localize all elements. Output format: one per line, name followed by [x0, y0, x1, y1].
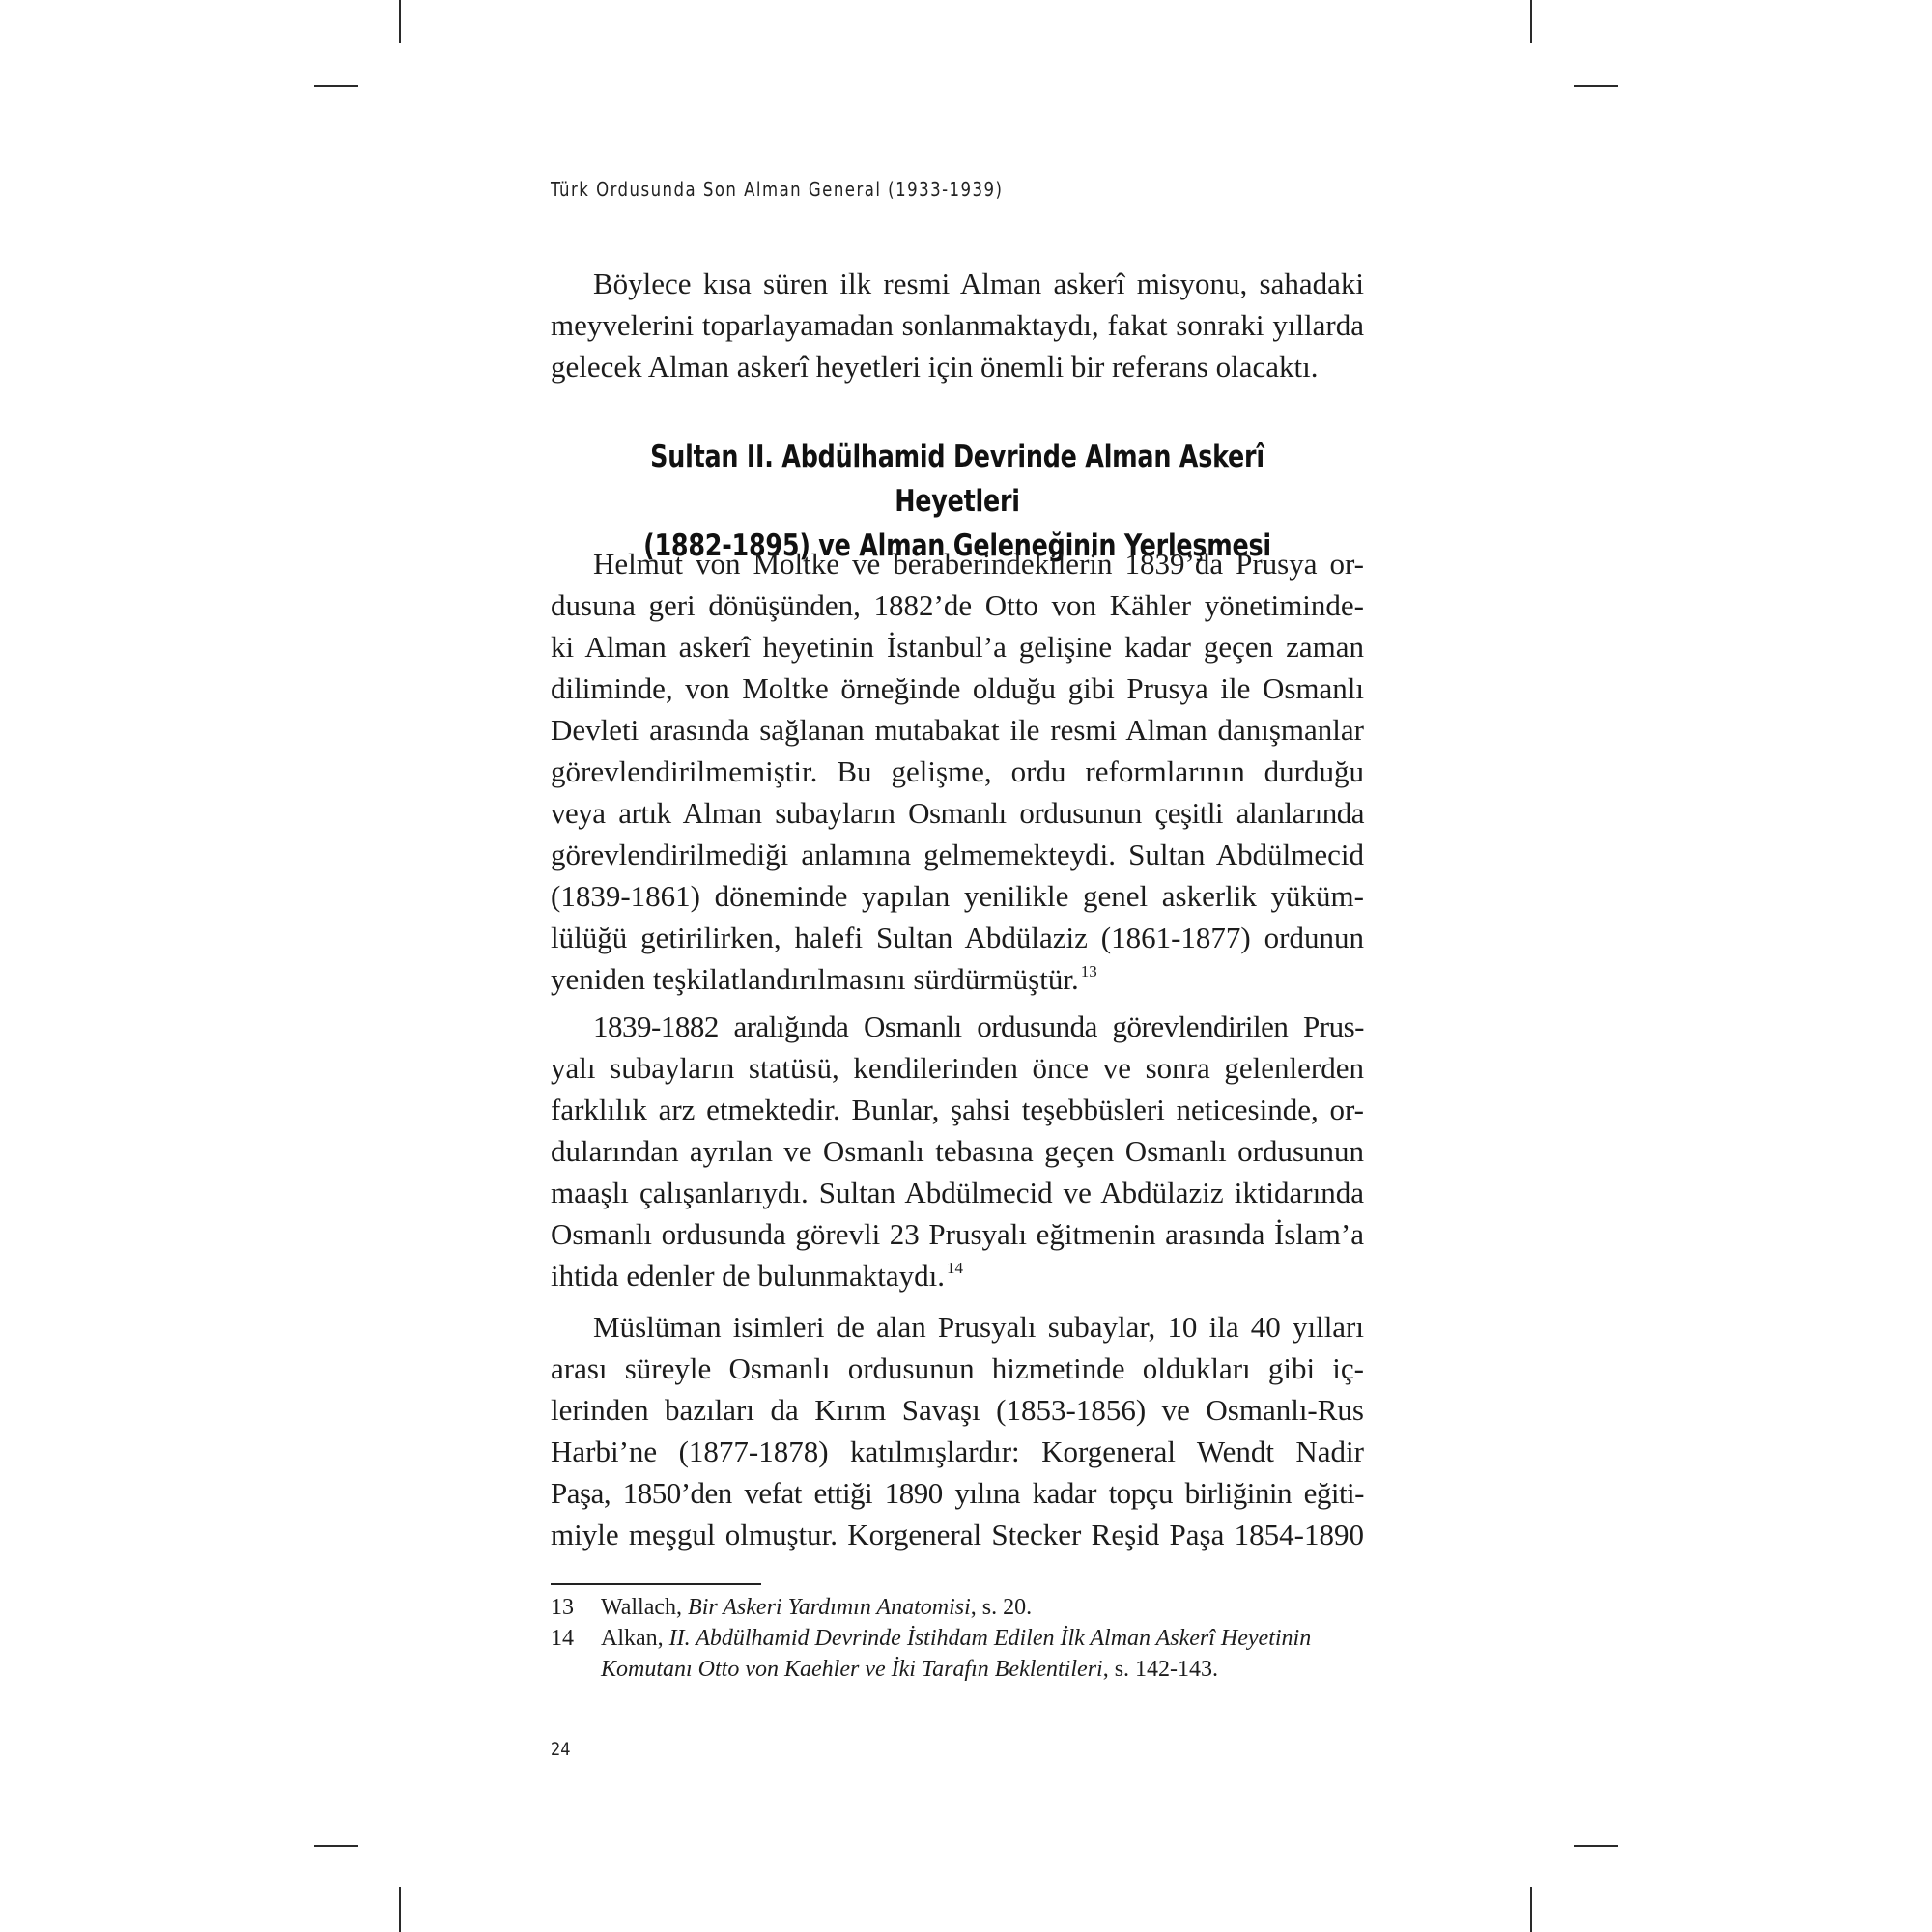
- text-line: meyvelerini toparlayamadan sonlanmaktayd…: [551, 304, 1364, 346]
- section-heading-line-1: Sultan II. Abdülhamid Devrinde Alman Ask…: [624, 435, 1291, 524]
- footnote-text: Komutanı Otto von Kaehler ve İki Tarafın…: [551, 1654, 1364, 1685]
- crop-mark-bottom-right-horizontal: [1574, 1845, 1618, 1847]
- text-line: Paşa, 1850’den vefat ettiği 1890 yılına …: [551, 1472, 1364, 1514]
- text-line: Böylece kısa süren ilk resmi Alman asker…: [551, 263, 1364, 304]
- footnote-author: Wallach,: [601, 1595, 688, 1620]
- text-line: diliminde, von Moltke örneğinde olduğu g…: [551, 668, 1364, 709]
- footnote-number: 14: [551, 1623, 601, 1654]
- crop-mark-top-left-vertical: [399, 0, 401, 43]
- footnote-title: II. Abdülhamid Devrinde İstihdam Edilen …: [669, 1626, 1312, 1651]
- text-line: Devleti arasında sağlanan mutabakat ile …: [551, 709, 1364, 751]
- footnote-ref-14[interactable]: 14: [947, 1259, 963, 1277]
- footnote-pages: , s. 142-143.: [1103, 1657, 1218, 1682]
- footnote-author: Alkan,: [601, 1626, 669, 1651]
- footnote-text: Alkan, II. Abdülhamid Devrinde İstihdam …: [601, 1623, 1364, 1654]
- text-line: lülüğü getirilirken, halefi Sultan Abdül…: [551, 917, 1364, 958]
- footnote-separator: [551, 1583, 761, 1585]
- footnote-text: Wallach, Bir Askeri Yardımın Anatomisi, …: [601, 1592, 1364, 1623]
- text-line: yalı subayların statüsü, kendilerinden ö…: [551, 1047, 1364, 1089]
- footnote-pages: , s. 20.: [971, 1595, 1032, 1620]
- footnote-13: 13 Wallach, Bir Askeri Yardımın Anatomis…: [551, 1592, 1364, 1623]
- page-number: 24: [551, 1739, 571, 1760]
- text-line: (1839-1861) döneminde yapılan yenilikle …: [551, 875, 1364, 917]
- crop-mark-top-right-vertical: [1530, 0, 1532, 43]
- text-line: Müslüman isimleri de alan Prusyalı subay…: [551, 1306, 1364, 1348]
- paragraph-3: 1839-1882 aralığında Osmanlı ordusunda g…: [551, 1006, 1364, 1296]
- text-line-content: ihtida edenler de bulunmaktaydı.: [551, 1259, 945, 1293]
- crop-mark-top-left-horizontal: [314, 85, 358, 87]
- text-line: ki Alman askerî heyetinin İstanbul’a gel…: [551, 626, 1364, 668]
- footnote-14-continued: Komutanı Otto von Kaehler ve İki Tarafın…: [551, 1654, 1364, 1685]
- text-line: yeniden teşkilatlandırılmasını sürdürmüş…: [551, 958, 1364, 1000]
- text-line: lerinden bazıları da Kırım Savaşı (1853-…: [551, 1389, 1364, 1431]
- crop-mark-bottom-left-horizontal: [314, 1845, 358, 1847]
- footnote-ref-13[interactable]: 13: [1081, 962, 1097, 980]
- text-line-content: yeniden teşkilatlandırılmasını sürdürmüş…: [551, 962, 1079, 996]
- paragraph-1: Böylece kısa süren ilk resmi Alman asker…: [551, 263, 1364, 387]
- crop-mark-bottom-left-vertical: [399, 1887, 401, 1932]
- text-line: Harbi’ne (1877-1878) katılmışlardır: Kor…: [551, 1431, 1364, 1472]
- footnote-number: 13: [551, 1592, 601, 1623]
- text-line: Helmut von Moltke ve beraberindekilerin …: [551, 543, 1364, 584]
- text-line: maaşlı çalışanlarıydı. Sultan Abdülmecid…: [551, 1172, 1364, 1213]
- text-line: ihtida edenler de bulunmaktaydı.14: [551, 1255, 1364, 1296]
- text-line: 1839-1882 aralığında Osmanlı ordusunda g…: [551, 1006, 1364, 1047]
- text-line: Osmanlı ordusunda görevli 23 Prusyalı eğ…: [551, 1213, 1364, 1255]
- paragraph-2: Helmut von Moltke ve beraberindekilerin …: [551, 543, 1364, 1000]
- text-line: veya artık Alman subayların Osmanlı ordu…: [551, 792, 1364, 834]
- text-line: arası süreyle Osmanlı ordusunun hizmetin…: [551, 1348, 1364, 1389]
- text-line: görevlendirilmediği anlamına gelmemektey…: [551, 834, 1364, 875]
- text-line: gelecek Alman askerî heyetleri için önem…: [551, 346, 1364, 387]
- text-line: dusuna geri dönüşünden, 1882’de Otto von…: [551, 584, 1364, 626]
- text-line: miyle meşgul olmuştur. Korgeneral Stecke…: [551, 1514, 1364, 1555]
- text-line: farklılık arz etmektedir. Bunlar, şahsi …: [551, 1089, 1364, 1130]
- crop-mark-top-right-horizontal: [1574, 85, 1618, 87]
- text-line: görevlendirilmemiştir. Bu gelişme, ordu …: [551, 751, 1364, 792]
- crop-mark-bottom-right-vertical: [1530, 1887, 1532, 1932]
- text-line: dularından ayrılan ve Osmanlı tebasına g…: [551, 1130, 1364, 1172]
- footnote-title-continued: Komutanı Otto von Kaehler ve İki Tarafın…: [601, 1657, 1103, 1682]
- paragraph-4: Müslüman isimleri de alan Prusyalı subay…: [551, 1306, 1364, 1555]
- footnotes: 13 Wallach, Bir Askeri Yardımın Anatomis…: [551, 1592, 1364, 1685]
- running-head: Türk Ordusunda Son Alman General (1933-1…: [551, 178, 1003, 201]
- footnote-14: 14 Alkan, II. Abdülhamid Devrinde İstihd…: [551, 1623, 1364, 1654]
- footnote-title: Bir Askeri Yardımın Anatomisi: [688, 1595, 971, 1620]
